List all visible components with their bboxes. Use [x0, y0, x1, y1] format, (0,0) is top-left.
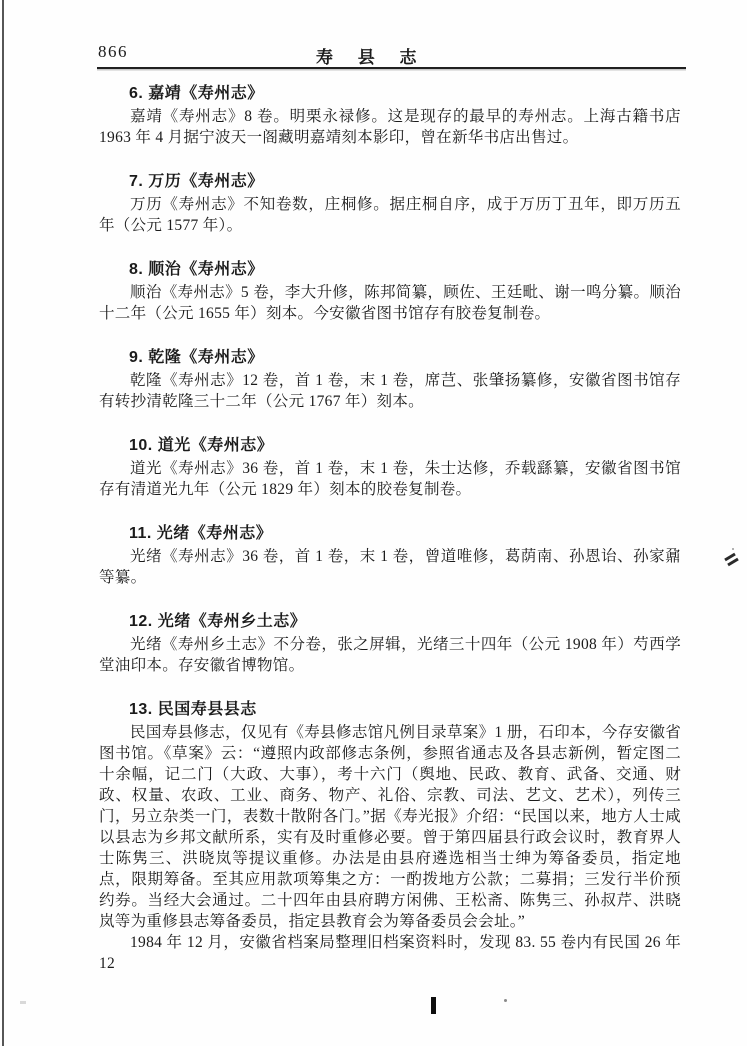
header-rule: [97, 67, 686, 69]
section-paragraph: 嘉靖《寿州志》8 卷。明栗永禄修。这是现存的最早的寿州志。上海古籍书店 1963…: [99, 106, 681, 148]
section-paragraph: 顺治《寿州志》5 卷，李大升修，陈邦简纂，顾佐、王廷毗、谢一鸣分纂。顺治十二年（…: [99, 282, 681, 324]
section-wanli: 7. 万历《寿州志》 万历《寿州志》不知卷数，庄桐修。据庄桐自序，成于万历丁丑年…: [99, 171, 681, 236]
section-shunzhi: 8. 顺治《寿州志》 顺治《寿州志》5 卷，李大升修，陈邦简纂，顾佐、王廷毗、谢…: [99, 259, 681, 324]
scan-artifact-squiggle: [722, 544, 742, 568]
book-title: 寿 县 志: [316, 43, 426, 68]
section-paragraph: 光绪《寿州志》36 卷，首 1 卷，末 1 卷，曾道唯修，葛荫南、孙恩诒、孙家鼐…: [99, 546, 681, 588]
section-qianlong: 9. 乾隆《寿州志》 乾隆《寿州志》12 卷，首 1 卷，末 1 卷，席芑、张肇…: [99, 347, 681, 412]
section-jiajing: 6. 嘉靖《寿州志》 嘉靖《寿州志》8 卷。明栗永禄修。这是现存的最早的寿州志。…: [99, 83, 681, 148]
scan-artifact-speck: [20, 1001, 26, 1004]
section-heading: 13. 民国寿县县志: [99, 699, 681, 721]
scan-artifact-dot: [504, 999, 507, 1002]
section-daoguang: 10. 道光《寿州志》 道光《寿州志》36 卷，首 1 卷，末 1 卷，朱士达修…: [99, 435, 681, 500]
section-heading: 10. 道光《寿州志》: [99, 435, 681, 457]
section-guangxu-xiangtuzhi: 12. 光绪《寿州乡土志》 光绪《寿州乡土志》不分卷，张之屏辑，光绪三十四年（公…: [99, 611, 681, 676]
section-paragraph: 民国寿县修志，仅见有《寿县修志馆凡例目录草案》1 册，石印本，今存安徽省图书馆。…: [99, 722, 681, 932]
section-guangxu-zhouzhi: 11. 光绪《寿州志》 光绪《寿州志》36 卷，首 1 卷，末 1 卷，曾道唯修…: [99, 523, 681, 588]
section-paragraph: 光绪《寿州乡土志》不分卷，张之屏辑，光绪三十四年（公元 1908 年）芍西学堂油…: [99, 634, 681, 676]
section-paragraph: 道光《寿州志》36 卷，首 1 卷，末 1 卷，朱士达修，乔载繇纂，安徽省图书馆…: [99, 458, 681, 500]
section-heading: 12. 光绪《寿州乡土志》: [99, 611, 681, 633]
page-number: 866: [98, 42, 128, 62]
section-heading: 9. 乾隆《寿州志》: [99, 347, 681, 369]
section-minguo: 13. 民国寿县县志 民国寿县修志，仅见有《寿县修志馆凡例目录草案》1 册，石印…: [99, 699, 681, 974]
section-paragraph: 万历《寿州志》不知卷数，庄桐修。据庄桐自序，成于万历丁丑年，即万历五年（公元 1…: [99, 194, 681, 236]
section-paragraph: 乾隆《寿州志》12 卷，首 1 卷，末 1 卷，席芑、张肇扬纂修，安徽省图书馆存…: [99, 370, 681, 412]
section-heading: 11. 光绪《寿州志》: [99, 523, 681, 545]
page-content: 6. 嘉靖《寿州志》 嘉靖《寿州志》8 卷。明栗永禄修。这是现存的最早的寿州志。…: [99, 79, 681, 974]
section-paragraph: 1984 年 12 月，安徽省档案局整理旧档案资料时，发现 83. 55 卷内有…: [99, 932, 681, 974]
scanned-book-page: 866 寿 县 志 6. 嘉靖《寿州志》 嘉靖《寿州志》8 卷。明栗永禄修。这是…: [0, 0, 747, 1046]
section-heading: 6. 嘉靖《寿州志》: [99, 83, 681, 105]
scan-edge-line: [2, 0, 4, 1046]
section-heading: 7. 万历《寿州志》: [99, 171, 681, 193]
section-heading: 8. 顺治《寿州志》: [99, 259, 681, 281]
scan-artifact-tick: [431, 997, 436, 1014]
